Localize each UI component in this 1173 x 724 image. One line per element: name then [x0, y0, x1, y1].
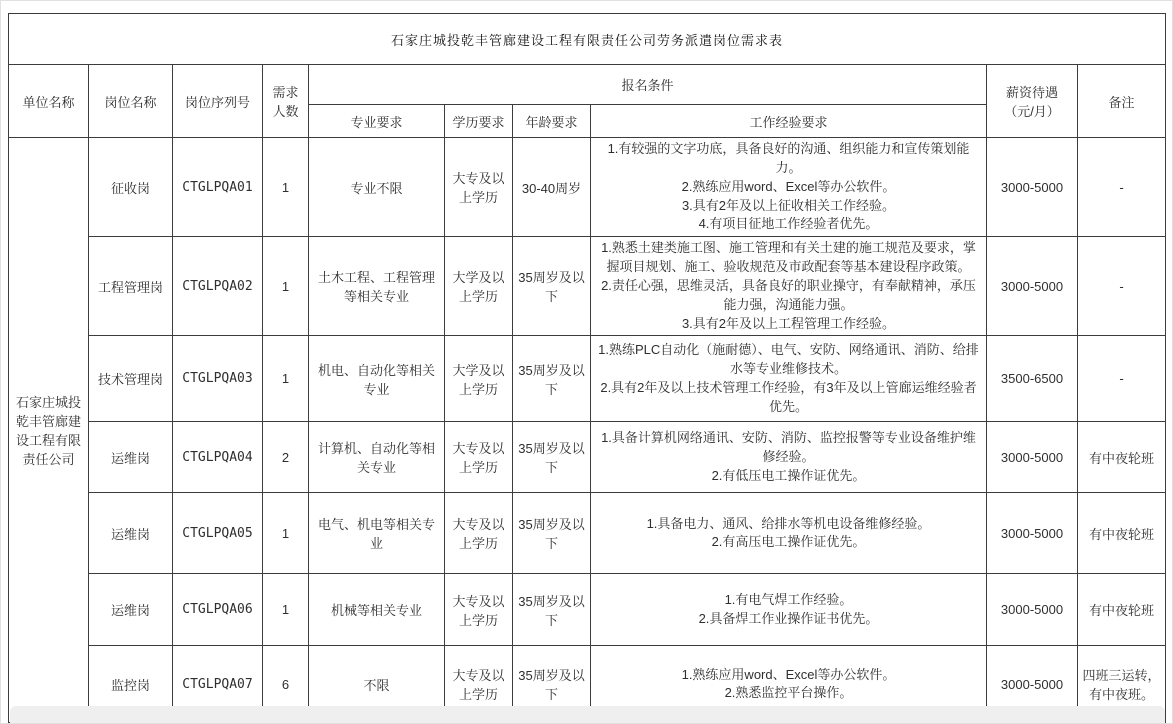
header-salary: 薪资待遇 （元/月）: [987, 65, 1078, 138]
remark-cell: 有中夜轮班: [1078, 422, 1166, 493]
age-requirement-cell: 35周岁及以下: [513, 493, 591, 574]
table-row: 石家庄城投乾丰管廊建设工程有限责任公司 征收岗 CTGLPQA01 1 专业不限…: [9, 138, 1166, 237]
major-requirement-cell: 机械等相关专业: [309, 574, 445, 646]
salary-cell: 3000-5000: [987, 237, 1078, 336]
position-serial-cell: CTGLPQA03: [173, 336, 263, 422]
header-application-conditions: 报名条件: [309, 65, 987, 105]
education-requirement-cell: 大学及以上学历: [445, 336, 513, 422]
major-requirement-cell: 专业不限: [309, 138, 445, 237]
education-requirement-cell: 大专及以上学历: [445, 422, 513, 493]
remark-cell: 有中夜轮班: [1078, 493, 1166, 574]
experience-requirement-cell: 1.有电气焊工作经验。 2.具备焊工作业操作证书优先。: [591, 574, 987, 646]
position-serial-cell: CTGLPQA04: [173, 422, 263, 493]
bottom-scroll-strip: [10, 706, 1165, 723]
salary-cell: 3000-5000: [987, 493, 1078, 574]
salary-cell: 3500-6500: [987, 336, 1078, 422]
salary-cell: 3000-5000: [987, 138, 1078, 237]
header-education: 学历要求: [445, 105, 513, 138]
header-unit-name: 单位名称: [9, 65, 89, 138]
education-requirement-cell: 大学及以上学历: [445, 237, 513, 336]
education-requirement-cell: 大专及以上学历: [445, 493, 513, 574]
remark-cell: -: [1078, 336, 1166, 422]
header-experience: 工作经验要求: [591, 105, 987, 138]
job-requirements-table: 石家庄城投乾丰管廊建设工程有限责任公司劳务派遣岗位需求表 单位名称 岗位名称 岗…: [8, 13, 1166, 723]
remark-cell: -: [1078, 138, 1166, 237]
header-remark: 备注: [1078, 65, 1166, 138]
header-position-name: 岗位名称: [89, 65, 173, 138]
position-serial-cell: CTGLPQA05: [173, 493, 263, 574]
position-serial-cell: CTGLPQA06: [173, 574, 263, 646]
header-age: 年龄要求: [513, 105, 591, 138]
headcount-cell: 2: [263, 422, 309, 493]
remark-cell: 有中夜轮班: [1078, 574, 1166, 646]
experience-requirement-cell: 1.具备计算机网络通讯、安防、消防、监控报警等专业设备维护维修经验。 2.有低压…: [591, 422, 987, 493]
table-row: 运维岗 CTGLPQA05 1 电气、机电等相关专业 大专及以上学历 35周岁及…: [9, 493, 1166, 574]
age-requirement-cell: 35周岁及以下: [513, 336, 591, 422]
job-requirements-table-wrap: 石家庄城投乾丰管廊建设工程有限责任公司劳务派遣岗位需求表 单位名称 岗位名称 岗…: [8, 13, 1166, 723]
header-major: 专业要求: [309, 105, 445, 138]
table-row: 技术管理岗 CTGLPQA03 1 机电、自动化等相关专业 大学及以上学历 35…: [9, 336, 1166, 422]
headcount-cell: 1: [263, 138, 309, 237]
remark-cell: -: [1078, 237, 1166, 336]
education-requirement-cell: 大专及以上学历: [445, 574, 513, 646]
position-serial-cell: CTGLPQA02: [173, 237, 263, 336]
salary-cell: 3000-5000: [987, 422, 1078, 493]
position-name-cell: 征收岗: [89, 138, 173, 237]
experience-requirement-cell: 1.熟练PLC自动化（施耐德）、电气、安防、网络通讯、消防、给排水等专业维修技术…: [591, 336, 987, 422]
major-requirement-cell: 土木工程、工程管理等相关专业: [309, 237, 445, 336]
education-requirement-cell: 大专及以上学历: [445, 138, 513, 237]
title-row: 石家庄城投乾丰管廊建设工程有限责任公司劳务派遣岗位需求表: [9, 14, 1166, 65]
table-title: 石家庄城投乾丰管廊建设工程有限责任公司劳务派遣岗位需求表: [9, 14, 1166, 65]
headcount-cell: 1: [263, 237, 309, 336]
age-requirement-cell: 35周岁及以下: [513, 422, 591, 493]
headcount-cell: 1: [263, 493, 309, 574]
major-requirement-cell: 计算机、自动化等相关专业: [309, 422, 445, 493]
header-row-top: 单位名称 岗位名称 岗位序列号 需求 人数 报名条件 薪资待遇 （元/月） 备注: [9, 65, 1166, 105]
position-name-cell: 技术管理岗: [89, 336, 173, 422]
table-row: 运维岗 CTGLPQA06 1 机械等相关专业 大专及以上学历 35周岁及以下 …: [9, 574, 1166, 646]
unit-name-cell: 石家庄城投乾丰管廊建设工程有限责任公司: [9, 138, 89, 723]
age-requirement-cell: 30-40周岁: [513, 138, 591, 237]
experience-requirement-cell: 1.具备电力、通风、给排水等机电设备维修经验。 2.有高压电工操作证优先。: [591, 493, 987, 574]
experience-requirement-cell: 1.熟悉土建类施工图、施工管理和有关土建的施工规范及要求，掌握项目规划、施工、验…: [591, 237, 987, 336]
header-headcount: 需求 人数: [263, 65, 309, 138]
table-row: 运维岗 CTGLPQA04 2 计算机、自动化等相关专业 大专及以上学历 35周…: [9, 422, 1166, 493]
position-name-cell: 运维岗: [89, 422, 173, 493]
salary-cell: 3000-5000: [987, 574, 1078, 646]
age-requirement-cell: 35周岁及以下: [513, 237, 591, 336]
page: 石家庄城投乾丰管廊建设工程有限责任公司劳务派遣岗位需求表 单位名称 岗位名称 岗…: [0, 0, 1173, 724]
table-row: 工程管理岗 CTGLPQA02 1 土木工程、工程管理等相关专业 大学及以上学历…: [9, 237, 1166, 336]
position-name-cell: 运维岗: [89, 493, 173, 574]
major-requirement-cell: 电气、机电等相关专业: [309, 493, 445, 574]
header-position-serial: 岗位序列号: [173, 65, 263, 138]
age-requirement-cell: 35周岁及以下: [513, 574, 591, 646]
position-name-cell: 工程管理岗: [89, 237, 173, 336]
position-serial-cell: CTGLPQA01: [173, 138, 263, 237]
experience-requirement-cell: 1.有较强的文字功底，具备良好的沟通、组织能力和宣传策划能力。 2.熟练应用wo…: [591, 138, 987, 237]
headcount-cell: 1: [263, 336, 309, 422]
major-requirement-cell: 机电、自动化等相关专业: [309, 336, 445, 422]
position-name-cell: 运维岗: [89, 574, 173, 646]
headcount-cell: 1: [263, 574, 309, 646]
